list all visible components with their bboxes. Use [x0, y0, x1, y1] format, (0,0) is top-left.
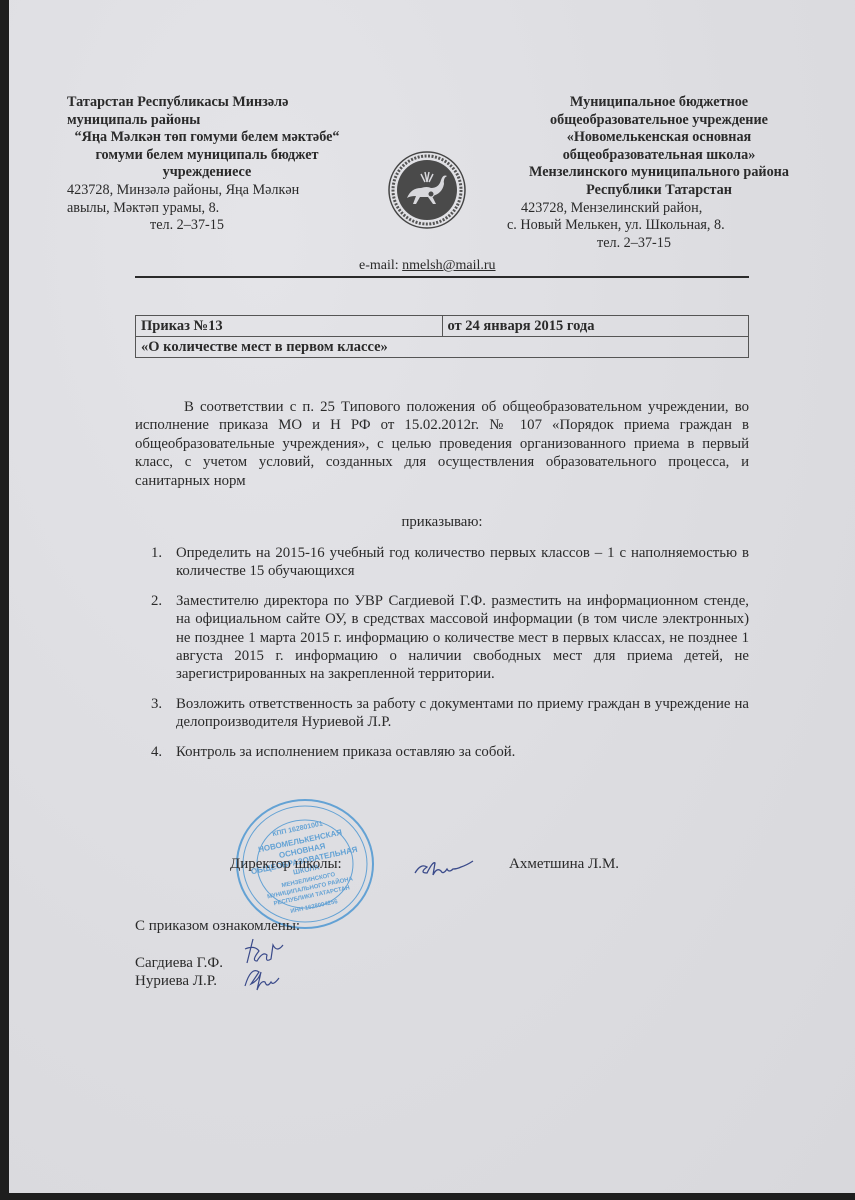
header-left-phone: тел. 2–37-15	[67, 217, 347, 235]
list-item: 4. Контроль за исполнением приказа остав…	[151, 743, 749, 761]
list-item: 3. Возложить ответственность за работу с…	[151, 695, 749, 732]
contact-email: e-mail: nmelsh@mail.ru	[359, 258, 496, 274]
email-label: e-mail:	[359, 258, 402, 273]
document-page: Татарстан Республикасы Минзәлә муниципал…	[9, 0, 855, 1193]
director-name: Ахметшина Л.М.	[509, 856, 619, 873]
email-link[interactable]: nmelsh@mail.ru	[402, 258, 495, 273]
header-left-line: муниципаль районы	[67, 112, 347, 130]
order-items-list: 1. Определить на 2015-16 учебный год кол…	[151, 544, 749, 772]
header-left-line: учреждениесе	[67, 164, 347, 182]
item-text: Определить на 2015-16 учебный год количе…	[176, 544, 749, 581]
director-label: Директор школы:	[230, 856, 342, 873]
acknowledgement-name: Сагдиева Г.Ф.	[135, 955, 223, 972]
nurieva-signature-icon	[241, 962, 301, 994]
item-text: Возложить ответственность за работу с до…	[176, 695, 749, 732]
header-right-russian: Муниципальное бюджетное общеобразователь…	[504, 94, 814, 252]
list-item: 2. Заместителю директора по УВР Сагдиево…	[151, 592, 749, 684]
order-number: Приказ №13	[136, 316, 443, 337]
header-left-line: “Яңа Мәлкән төп гомуми белем мәктәбе“	[67, 129, 347, 147]
header-left-line: гомуми белем муниципаль бюджет	[67, 147, 347, 165]
header-left-line: Татарстан Республикасы Минзәлә	[67, 94, 347, 112]
header-right-phone: тел. 2–37-15	[504, 235, 814, 253]
header-left-address: 423728, Минзәлә районы, Яңа Мәлкән	[67, 182, 347, 200]
tatarstan-emblem-icon	[387, 150, 467, 230]
list-item: 1. Определить на 2015-16 учебный год кол…	[151, 544, 749, 581]
order-date: от 24 января 2015 года	[442, 316, 749, 337]
order-word: приказываю:	[135, 514, 749, 531]
header-right-line: общеобразовательная школа»	[504, 147, 814, 165]
header-right-line: Мензелинского муниципального района	[504, 164, 814, 182]
item-text: Заместителю директора по УВР Сагдиевой Г…	[176, 592, 749, 684]
item-number: 2.	[151, 592, 176, 684]
order-title: «О количестве мест в первом классе»	[136, 337, 749, 358]
header-right-line: Муниципальное бюджетное	[504, 94, 814, 112]
director-signature-icon	[411, 855, 481, 883]
header-right-address: 423728, Мензелинский район,	[504, 200, 814, 218]
header-right-address: с. Новый Мелькен, ул. Школьная, 8.	[504, 217, 814, 235]
header-left-address: авылы, Мәктәп урамы, 8.	[67, 200, 347, 218]
acknowledgement-name: Нуриева Л.Р.	[135, 973, 217, 990]
item-text: Контроль за исполнением приказа оставляю…	[176, 743, 749, 761]
preamble-paragraph: В соответствии с п. 25 Типового положени…	[135, 398, 749, 490]
item-number: 1.	[151, 544, 176, 581]
order-info-table: Приказ №13 от 24 января 2015 года «О кол…	[135, 315, 749, 358]
item-number: 3.	[151, 695, 176, 732]
item-number: 4.	[151, 743, 176, 761]
header-right-line: общеобразовательное учреждение	[504, 112, 814, 130]
header-divider	[135, 276, 749, 278]
header-right-line: Республики Татарстан	[504, 182, 814, 200]
header-right-line: «Новомелькенская основная	[504, 129, 814, 147]
header-left-tatar: Татарстан Республикасы Минзәлә муниципал…	[67, 94, 347, 235]
acknowledgement-label: С приказом ознакомлены:	[135, 918, 300, 935]
